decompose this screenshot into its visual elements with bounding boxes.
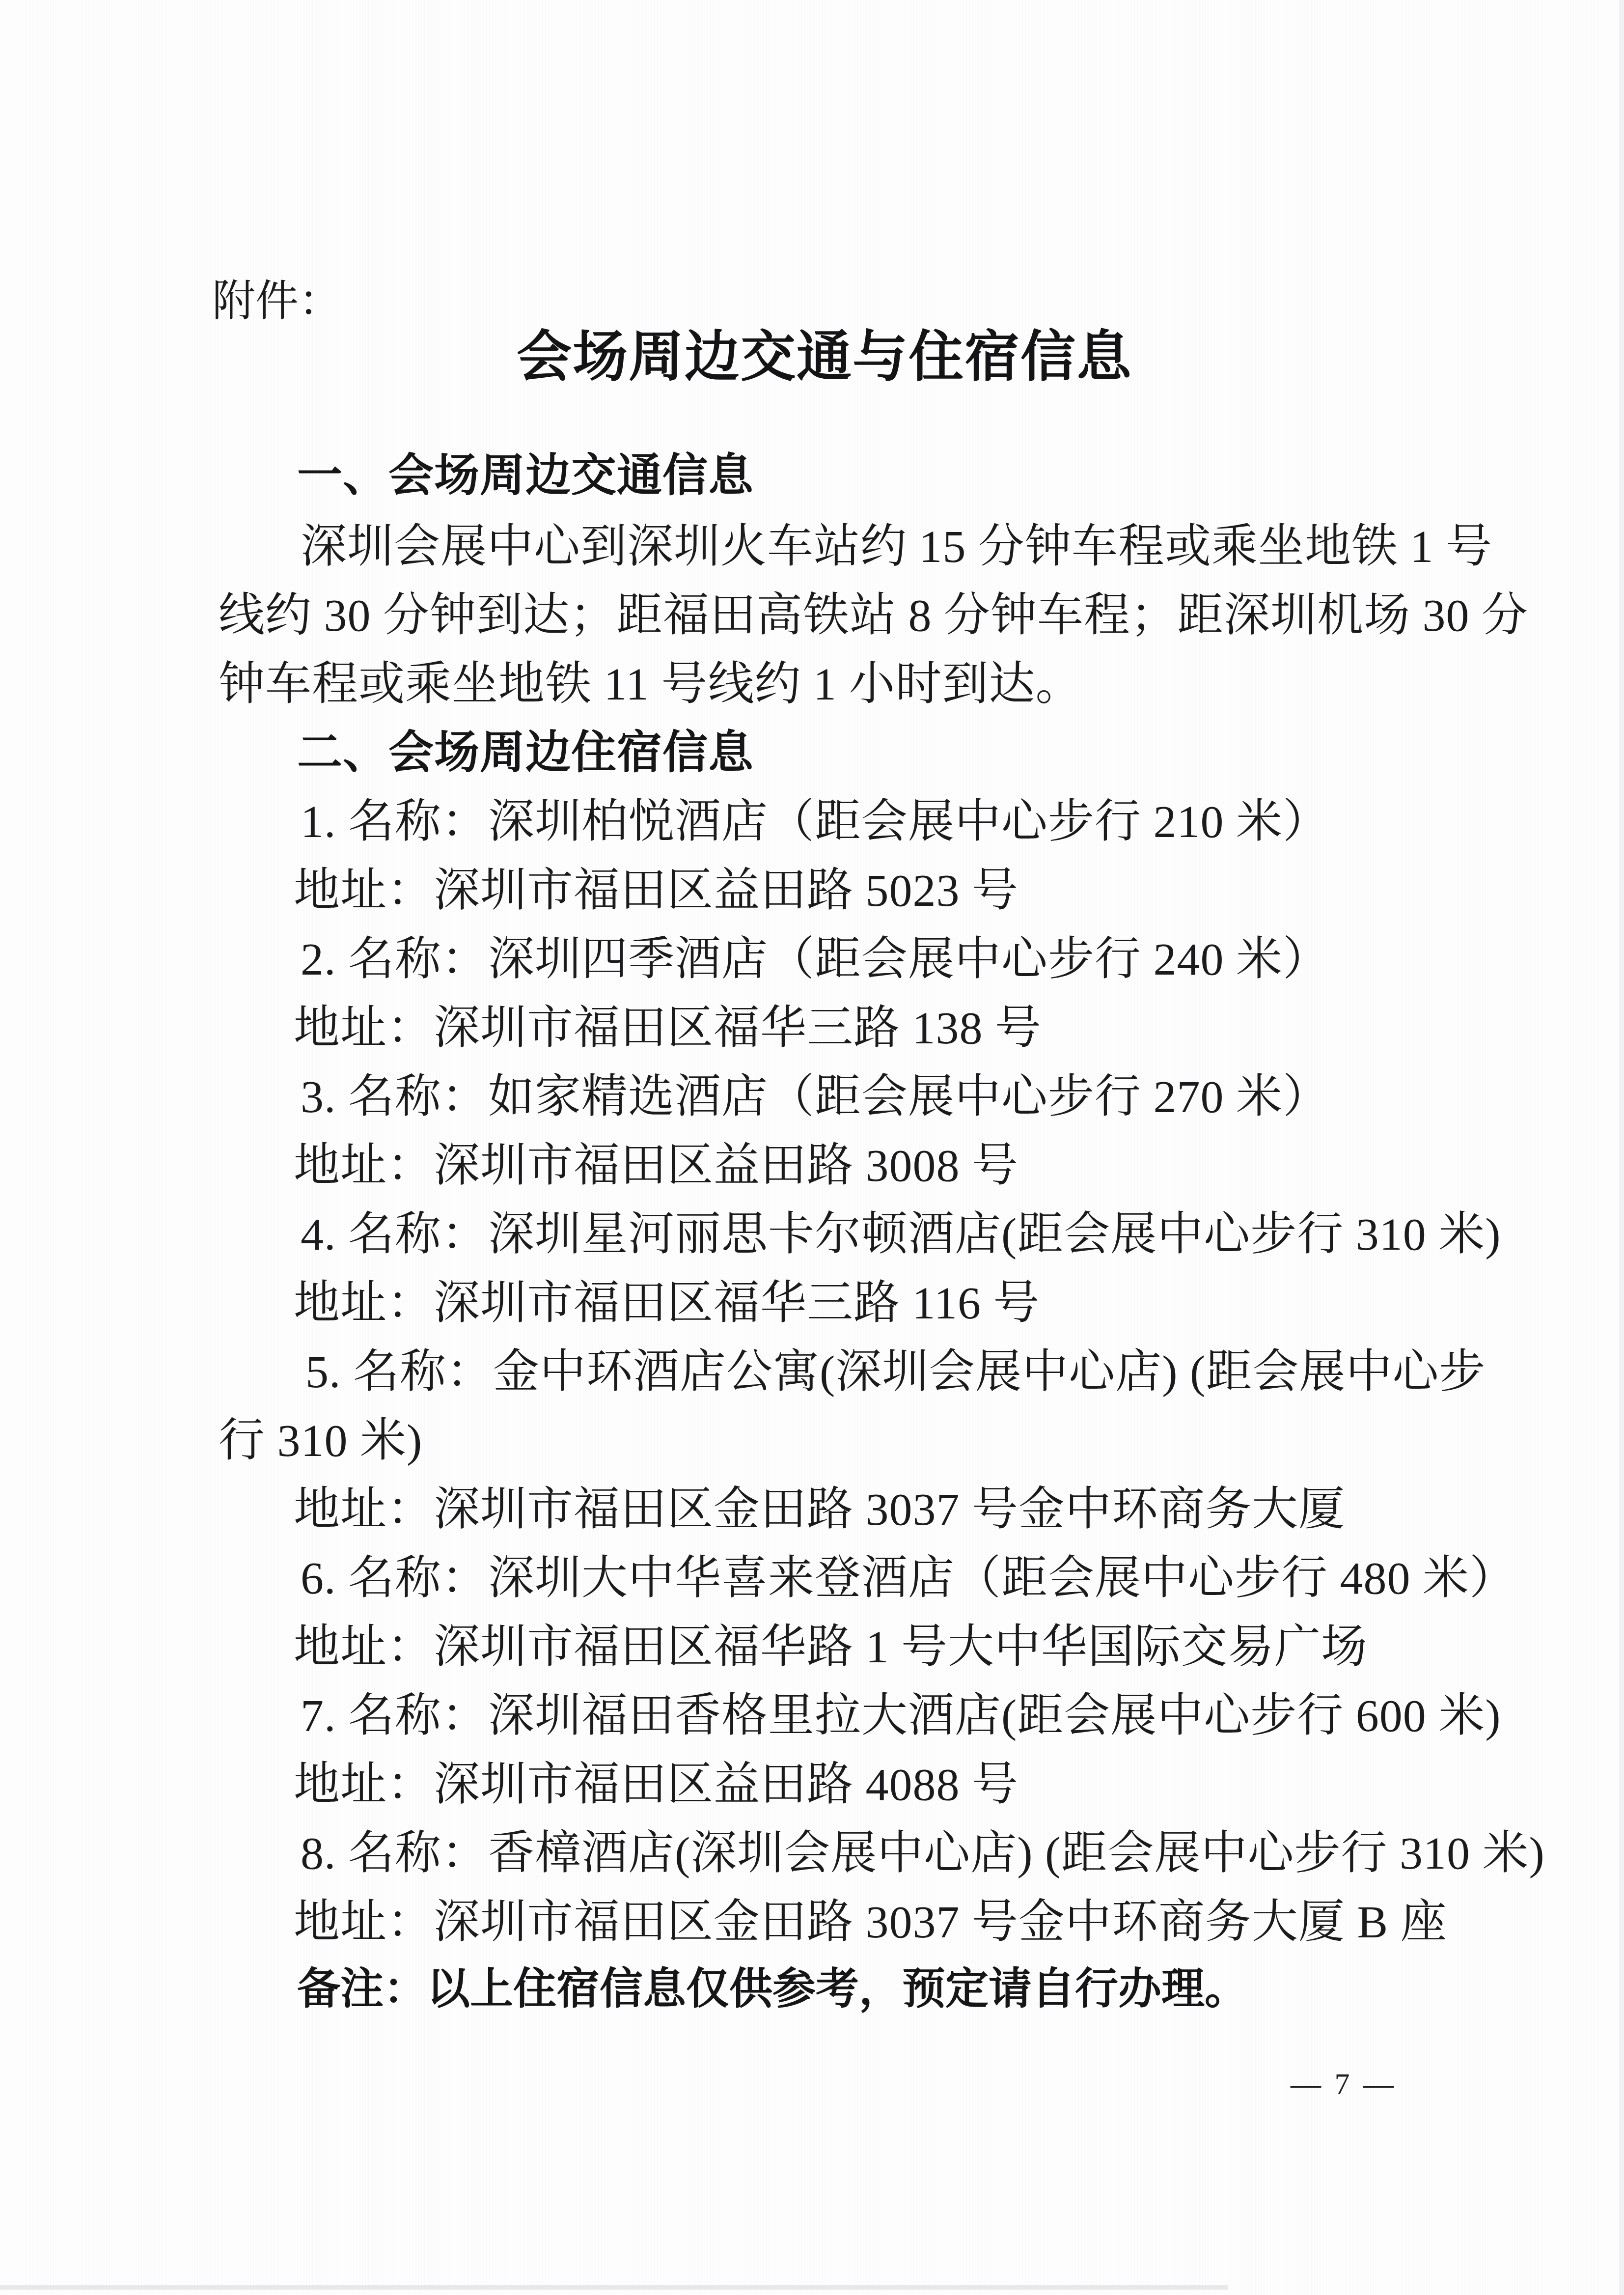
traffic-paragraph-line: 钟车程或乘坐地铁 11 号线约 1 小时到达。: [219, 661, 1082, 707]
section-lodging-heading: 二、会场周边住宿信息: [297, 730, 754, 775]
hotel-address-line: 地址：深圳市福田区益田路 3008 号: [294, 1143, 1018, 1189]
hotel-address-line: 地址：深圳市福田区金田路 3037 号金中环商务大厦: [294, 1486, 1345, 1533]
scanned-document-page: 附件： 会场周边交通与住宿信息 一、会场周边交通信息 深圳会展中心到深圳火车站约…: [0, 0, 1624, 2295]
scan-bottom-edge: [0, 2285, 1228, 2290]
attachment-label: 附件：: [212, 280, 342, 323]
hotel-name-line: 6. 名称：深圳大中华喜来登酒店（距会展中心步行 480 米）: [301, 1555, 1516, 1601]
hotel-address-line: 地址：深圳市福田区益田路 4088 号: [294, 1762, 1018, 1808]
hotel-address-line: 地址：深圳市福田区福华路 1 号大中华国际交易广场: [294, 1624, 1368, 1670]
hotel-address-line: 地址：深圳市福田区益田路 5023 号: [294, 868, 1018, 914]
traffic-paragraph-line: 深圳会展中心到深圳火车站约 15 分钟车程或乘坐地铁 1 号: [301, 524, 1492, 570]
section-traffic-heading: 一、会场周边交通信息: [297, 453, 754, 498]
hotel-name-line: 5. 名称：金中环酒店公寓(深圳会展中心店) (距会展中心步: [305, 1349, 1486, 1395]
hotel-address-line: 地址：深圳市福田区福华三路 138 号: [294, 1005, 1042, 1051]
scan-right-edge: [1619, 0, 1624, 2295]
page-number: — 7 —: [1291, 2069, 1397, 2099]
hotel-name-wrap-line: 行 310 米): [219, 1418, 422, 1464]
hotel-name-line: 4. 名称：深圳星河丽思卡尔顿酒店(距会展中心步行 310 米): [301, 1211, 1501, 1258]
hotel-address-line: 地址：深圳市福田区福华三路 116 号: [294, 1280, 1040, 1326]
hotel-name-line: 2. 名称：深圳四季酒店（距会展中心步行 240 米）: [301, 936, 1329, 982]
note-line: 备注：以上住宿信息仅供参考，预定请自行办理。: [297, 1967, 1248, 2010]
traffic-paragraph-line: 线约 30 分钟到达；距福田高铁站 8 分钟车程；距深圳机场 30 分: [219, 592, 1528, 639]
page-title: 会场周边交通与住宿信息: [517, 330, 1132, 385]
hotel-name-line: 8. 名称：香樟酒店(深圳会展中心店) (距会展中心步行 310 米): [301, 1830, 1545, 1876]
hotel-name-line: 7. 名称：深圳福田香格里拉大酒店(距会展中心步行 600 米): [301, 1693, 1501, 1739]
hotel-name-line: 3. 名称：如家精选酒店（距会展中心步行 270 米）: [301, 1074, 1329, 1120]
hotel-address-line: 地址：深圳市福田区金田路 3037 号金中环商务大厦 B 座: [294, 1899, 1447, 1945]
hotel-name-line: 1. 名称：深圳柏悦酒店（距会展中心步行 210 米）: [301, 799, 1329, 845]
